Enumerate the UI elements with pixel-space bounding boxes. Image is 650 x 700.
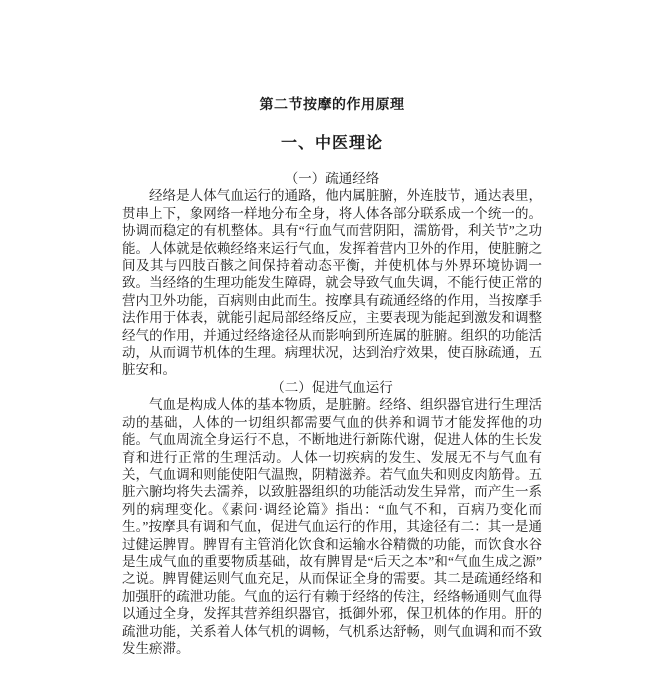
subsection-paragraph-1: 经络是人体气血运行的通路，他内属脏腑，外连肢节，通达表里，贯串上下，象网络一样地… bbox=[122, 187, 542, 378]
document-page: 第二节按摩的作用原理 一、中医理论 （一）疏通经络 经络是人体气血运行的通路，他… bbox=[0, 0, 650, 700]
subsection-heading-1: （一）疏通经络 bbox=[122, 170, 542, 187]
document-content: 第二节按摩的作用原理 一、中医理论 （一）疏通经络 经络是人体气血运行的通路，他… bbox=[122, 98, 542, 657]
subsection-heading-2: （二）促进气血运行 bbox=[122, 379, 542, 396]
subsection-paragraph-2: 气血是构成人体的基本物质，是脏腑。经络、组织器官进行生理活动的基础，人体的一切组… bbox=[122, 396, 542, 657]
section-heading: 一、中医理论 bbox=[122, 135, 542, 153]
chapter-title: 第二节按摩的作用原理 bbox=[122, 98, 542, 114]
